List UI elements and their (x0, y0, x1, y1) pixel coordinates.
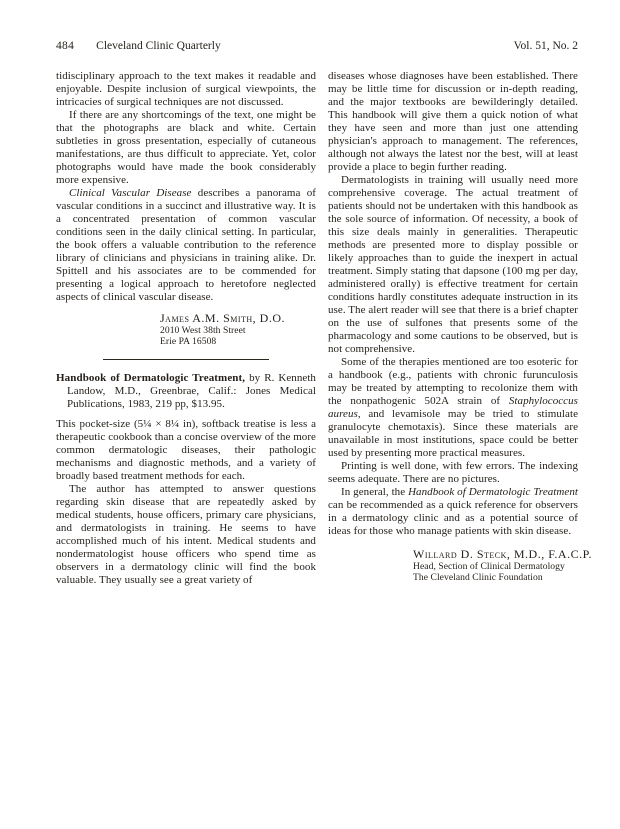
body-paragraph: Printing is well done, with few errors. … (328, 460, 578, 486)
journal-page: 484 Cleveland Clinic Quarterly Vol. 51, … (0, 0, 620, 829)
reviewer-address-line: 2010 West 38th Street (160, 325, 316, 336)
paragraph-text: can be recommended as a quick reference … (328, 499, 578, 537)
issue-label: Vol. 51, No. 2 (514, 40, 578, 53)
right-column: diseases whose diagnoses have been estab… (328, 70, 578, 587)
body-paragraph: In general, the Handbook of Dermatologic… (328, 486, 578, 538)
book-title-italic: Clinical Vascular Disease (69, 187, 192, 199)
reviewer-title-line: The Cleveland Clinic Foundation (413, 572, 578, 583)
left-column: tidisciplinary approach to the text make… (56, 70, 316, 587)
body-paragraph: Dermatologists in training will usually … (328, 174, 578, 356)
reviewer-title-line: Head, Section of Clinical Dermatology (413, 561, 578, 572)
book-citation-title: Handbook of Dermatologic Treatment, (56, 372, 245, 384)
paragraph-text: In general, the (341, 486, 408, 498)
body-paragraph: tidisciplinary approach to the text make… (56, 70, 316, 109)
section-divider-rule (103, 359, 269, 360)
body-paragraph: diseases whose diagnoses have been estab… (328, 70, 578, 174)
reviewer-signature-block: James A.M. Smith, D.O. 2010 West 38th St… (160, 311, 316, 348)
running-head-left: 484 Cleveland Clinic Quarterly (56, 40, 221, 53)
body-paragraph: Some of the therapies mentioned are too … (328, 356, 578, 460)
reviewer-name: Willard D. Steck, M.D., F.A.C.P. (413, 547, 578, 561)
paragraph-text: describes a panorama of vascular conditi… (56, 187, 316, 303)
reviewer-signature-block: Willard D. Steck, M.D., F.A.C.P. Head, S… (413, 547, 578, 584)
paragraph-text: , and levamisole may be tried to stimula… (328, 408, 578, 459)
body-paragraph: If there are any shortcomings of the tex… (56, 109, 316, 187)
book-citation: Handbook of Dermatologic Treatment, by R… (56, 372, 316, 411)
running-head: 484 Cleveland Clinic Quarterly Vol. 51, … (56, 40, 578, 53)
body-paragraph: Clinical Vascular Disease describes a pa… (56, 187, 316, 304)
body-paragraph: This pocket-size (5¼ × 8¼ in), softback … (56, 418, 316, 483)
reviewer-address-line: Erie PA 16508 (160, 336, 316, 347)
book-title-italic: Handbook of Dermatologic Treatment (408, 486, 578, 498)
body-paragraph: The author has attempted to answer quest… (56, 483, 316, 587)
journal-title: Cleveland Clinic Quarterly (96, 40, 221, 53)
page-number: 484 (56, 40, 74, 53)
two-column-text: tidisciplinary approach to the text make… (56, 70, 578, 587)
reviewer-name: James A.M. Smith, D.O. (160, 311, 316, 325)
